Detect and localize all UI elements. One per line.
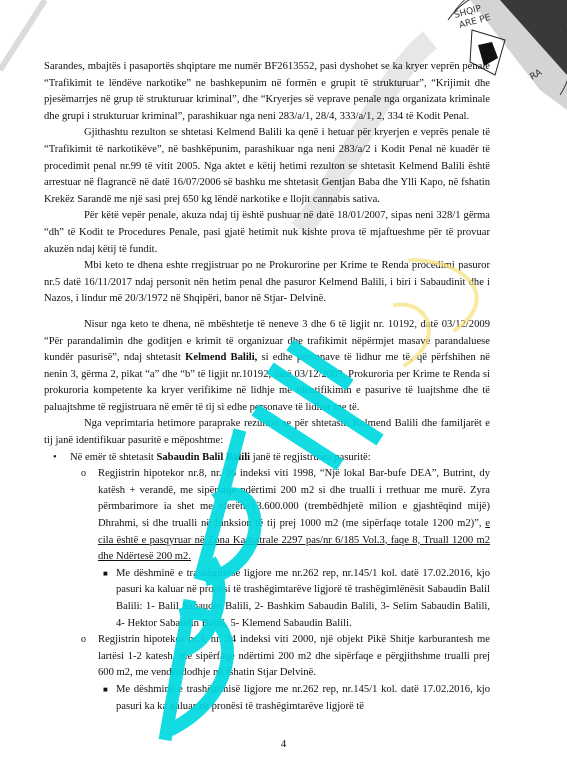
svg-text:ARE PE: ARE PE — [458, 13, 492, 31]
circle-bullet-icon: o — [81, 466, 86, 483]
document-body: Sarandes, mbajtës i pasaportës shqiptare… — [44, 59, 490, 715]
list-text: Me dëshminë e trashëgimisë ligjore me nr… — [116, 568, 490, 629]
square-bullet-icon: ■ — [103, 566, 108, 583]
list-text: Në emër të shtetasit — [70, 452, 156, 463]
person-name: Kelmend Balili, — [185, 352, 257, 363]
bullet-icon: • — [53, 450, 57, 467]
paragraph: Mbi keto te dhena eshte rregjistruar po … — [44, 258, 490, 308]
list-text: Regjistrin hipotekor nr.8, nr. 26 indeks… — [98, 468, 490, 529]
sub-sub-list: ■ Me dëshminë e trashëgimisë ligjore me … — [98, 682, 490, 715]
page-number: 4 — [0, 738, 567, 750]
paragraph: Gjithashtu rezulton se shtetasi Kelmend … — [44, 125, 490, 208]
list-item: o Regjistrin hipotekor nr.8, nr. 26 inde… — [98, 466, 490, 632]
sub-sub-list: ■ Me dëshminë e trashëgimisë ligjore me … — [98, 566, 490, 632]
document-page: SHQIP ARE PE RA Sarandes, mbajtës i pasa… — [0, 0, 567, 759]
list-item: ■ Me dëshminë e trashëgimisë ligjore me … — [116, 566, 490, 632]
svg-text:SHQIP: SHQIP — [453, 4, 483, 21]
assets-list: • Në emër të shtetasit Sabaudin Balil Ba… — [44, 450, 490, 716]
svg-text:RA: RA — [529, 67, 545, 82]
list-text: janë të regjistruara pasuritë: — [250, 452, 371, 463]
square-bullet-icon: ■ — [103, 682, 108, 699]
list-item: • Në emër të shtetasit Sabaudin Balil Ba… — [70, 450, 490, 716]
paragraph: Nisur nga keto te dhena, në mbështetje t… — [44, 317, 490, 417]
person-name: Sabaudin Balil Balili — [156, 452, 250, 463]
list-item: ■ Me dëshminë e trashëgimisë ligjore me … — [116, 682, 490, 715]
list-item: o Regjistrin hipotekor nr.3, nr. 34 inde… — [98, 632, 490, 715]
sub-list: o Regjistrin hipotekor nr.8, nr. 26 inde… — [70, 466, 490, 715]
list-text: Regjistrin hipotekor nr.3, nr. 34 indeks… — [98, 634, 490, 678]
paragraph: Sarandes, mbajtës i pasaportës shqiptare… — [44, 59, 490, 125]
circle-bullet-icon: o — [81, 632, 86, 649]
paragraph: Për këtë vepër penale, akuza ndaj tij ës… — [44, 208, 490, 258]
list-text: Me dëshminë e trashëgimisë ligjore me nr… — [116, 684, 490, 712]
paragraph: Nga veprimtaria hetimore paraprake rezul… — [44, 416, 490, 449]
